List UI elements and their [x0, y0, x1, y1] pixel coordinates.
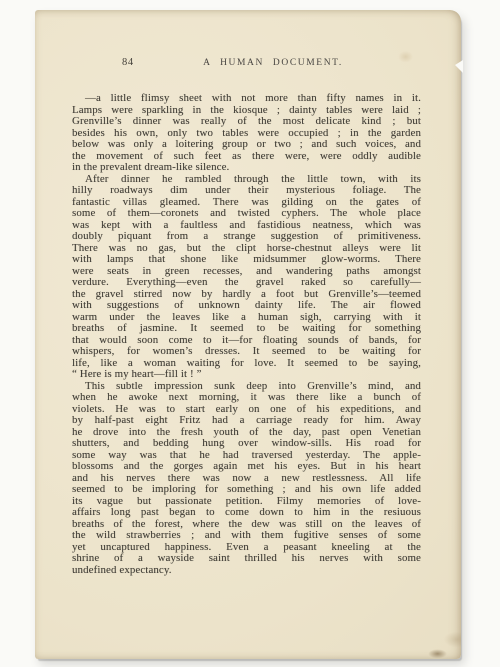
- text-line: some of them—coronets and twisted cypher…: [72, 208, 421, 220]
- scan-backdrop: 84 A HUMAN DOCUMENT. —a little flimsy sh…: [0, 0, 500, 667]
- text-line: verdure. Everything—even the gravel rake…: [72, 277, 421, 289]
- book-page: 84 A HUMAN DOCUMENT. —a little flimsy sh…: [35, 10, 461, 659]
- text-line: with lamps that shone like midsummer glo…: [72, 254, 421, 266]
- text-line: hilly roadways dim under their mysteriou…: [72, 185, 421, 197]
- text-line: —a little flimsy sheet with not more tha…: [72, 93, 421, 105]
- text-line: shrine of a wayside saint thrilled his n…: [72, 553, 421, 565]
- text-line: affairs long past began to come down to …: [72, 507, 421, 519]
- text-line: in the prevalent dream-like silence.: [72, 162, 421, 174]
- page-body: —a little flimsy sheet with not more tha…: [72, 93, 421, 576]
- text-line: Grenville’s dinner was really of the mos…: [72, 116, 421, 128]
- text-line: breaths of jasmine. It seemed to be wait…: [72, 323, 421, 335]
- text-line: doubly piquant from a strange suggestion…: [72, 231, 421, 243]
- text-line: seemed to be imploring for something ; a…: [72, 484, 421, 496]
- text-line: the wild strawberries ; and with them fu…: [72, 530, 421, 542]
- text-line: below was only a loitering group or two …: [72, 139, 421, 151]
- text-line: shutters, and bedding hung over window-s…: [72, 438, 421, 450]
- text-line: when he awoke next morning, it was there…: [72, 392, 421, 404]
- text-line: blossoms and the gorges again met his ey…: [72, 461, 421, 473]
- text-line: undefined expectancy.: [72, 565, 421, 577]
- text-line: by half-past eight Fritz had a carriage …: [72, 415, 421, 427]
- page-number: 84: [122, 57, 134, 68]
- text-line: “ Here is my heart—fill it ! ”: [72, 369, 421, 381]
- text-line: whispers, for women’s dresses. It seemed…: [72, 346, 421, 358]
- page-edge-nick: [455, 60, 463, 73]
- text-line: with suggestions of unknown dainty life.…: [72, 300, 421, 312]
- running-header: A HUMAN DOCUMENT.: [203, 58, 343, 68]
